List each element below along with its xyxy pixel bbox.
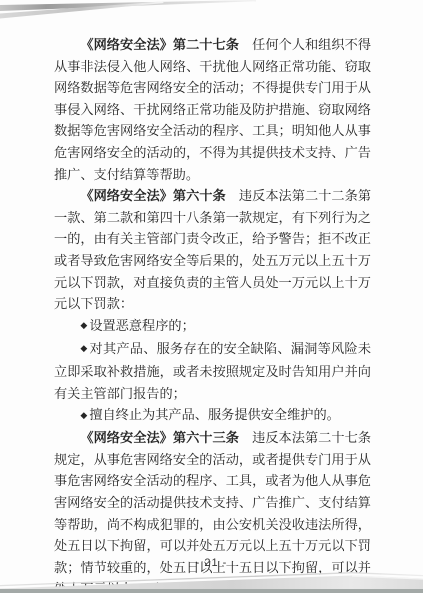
list-item: ◆擅自终止为其产品、服务提供安全维护的。	[54, 404, 371, 427]
diamond-bullet-icon: ◆	[80, 411, 87, 421]
document-page: 《网络安全法》第二十七条 任何个人和组织不得从事非法侵入他人网络、干扰他人网络正…	[0, 0, 423, 593]
list-item-text: 擅自终止为其产品、服务提供安全维护的。	[89, 407, 340, 422]
paragraph-article-27: 《网络安全法》第二十七条 任何个人和组织不得从事非法侵入他人网络、干扰他人网络正…	[54, 34, 371, 185]
list-item: ◆对其产品、服务存在的安全缺陷、漏洞等风险未立即采取补救措施，或者未按照规定及时…	[54, 338, 371, 404]
article-60-text: 违反本法第二十二条第一款、第二款和第四十八条第一款规定，有下列行为之一的，由有关…	[54, 188, 371, 311]
document-body: 《网络安全法》第二十七条 任何个人和组织不得从事非法侵入他人网络、干扰他人网络正…	[54, 34, 371, 593]
article-63-heading: 《网络安全法》第六十三条	[80, 430, 239, 445]
article-27-text: 任何个人和组织不得从事非法侵入他人网络、干扰他人网络正常功能、窃取网络数据等危害…	[54, 37, 371, 182]
diamond-bullet-icon: ◆	[80, 321, 87, 331]
paragraph-article-60: 《网络安全法》第六十条 违反本法第二十二条第一款、第二款和第四十八条第一款规定，…	[54, 185, 371, 315]
list-item-text: 设置恶意程序的；	[89, 318, 195, 333]
list-item-text: 对其产品、服务存在的安全缺陷、漏洞等风险未立即采取补救措施，或者未按照规定及时告…	[54, 341, 371, 401]
top-left-ribbon-decoration	[0, 0, 270, 30]
page-number: - 21 -	[0, 557, 423, 569]
list-item: ◆设置恶意程序的；	[54, 315, 371, 338]
article-27-heading: 《网络安全法》第二十七条	[80, 37, 239, 52]
article-60-heading: 《网络安全法》第六十条	[80, 188, 225, 203]
diamond-bullet-icon: ◆	[80, 344, 87, 354]
